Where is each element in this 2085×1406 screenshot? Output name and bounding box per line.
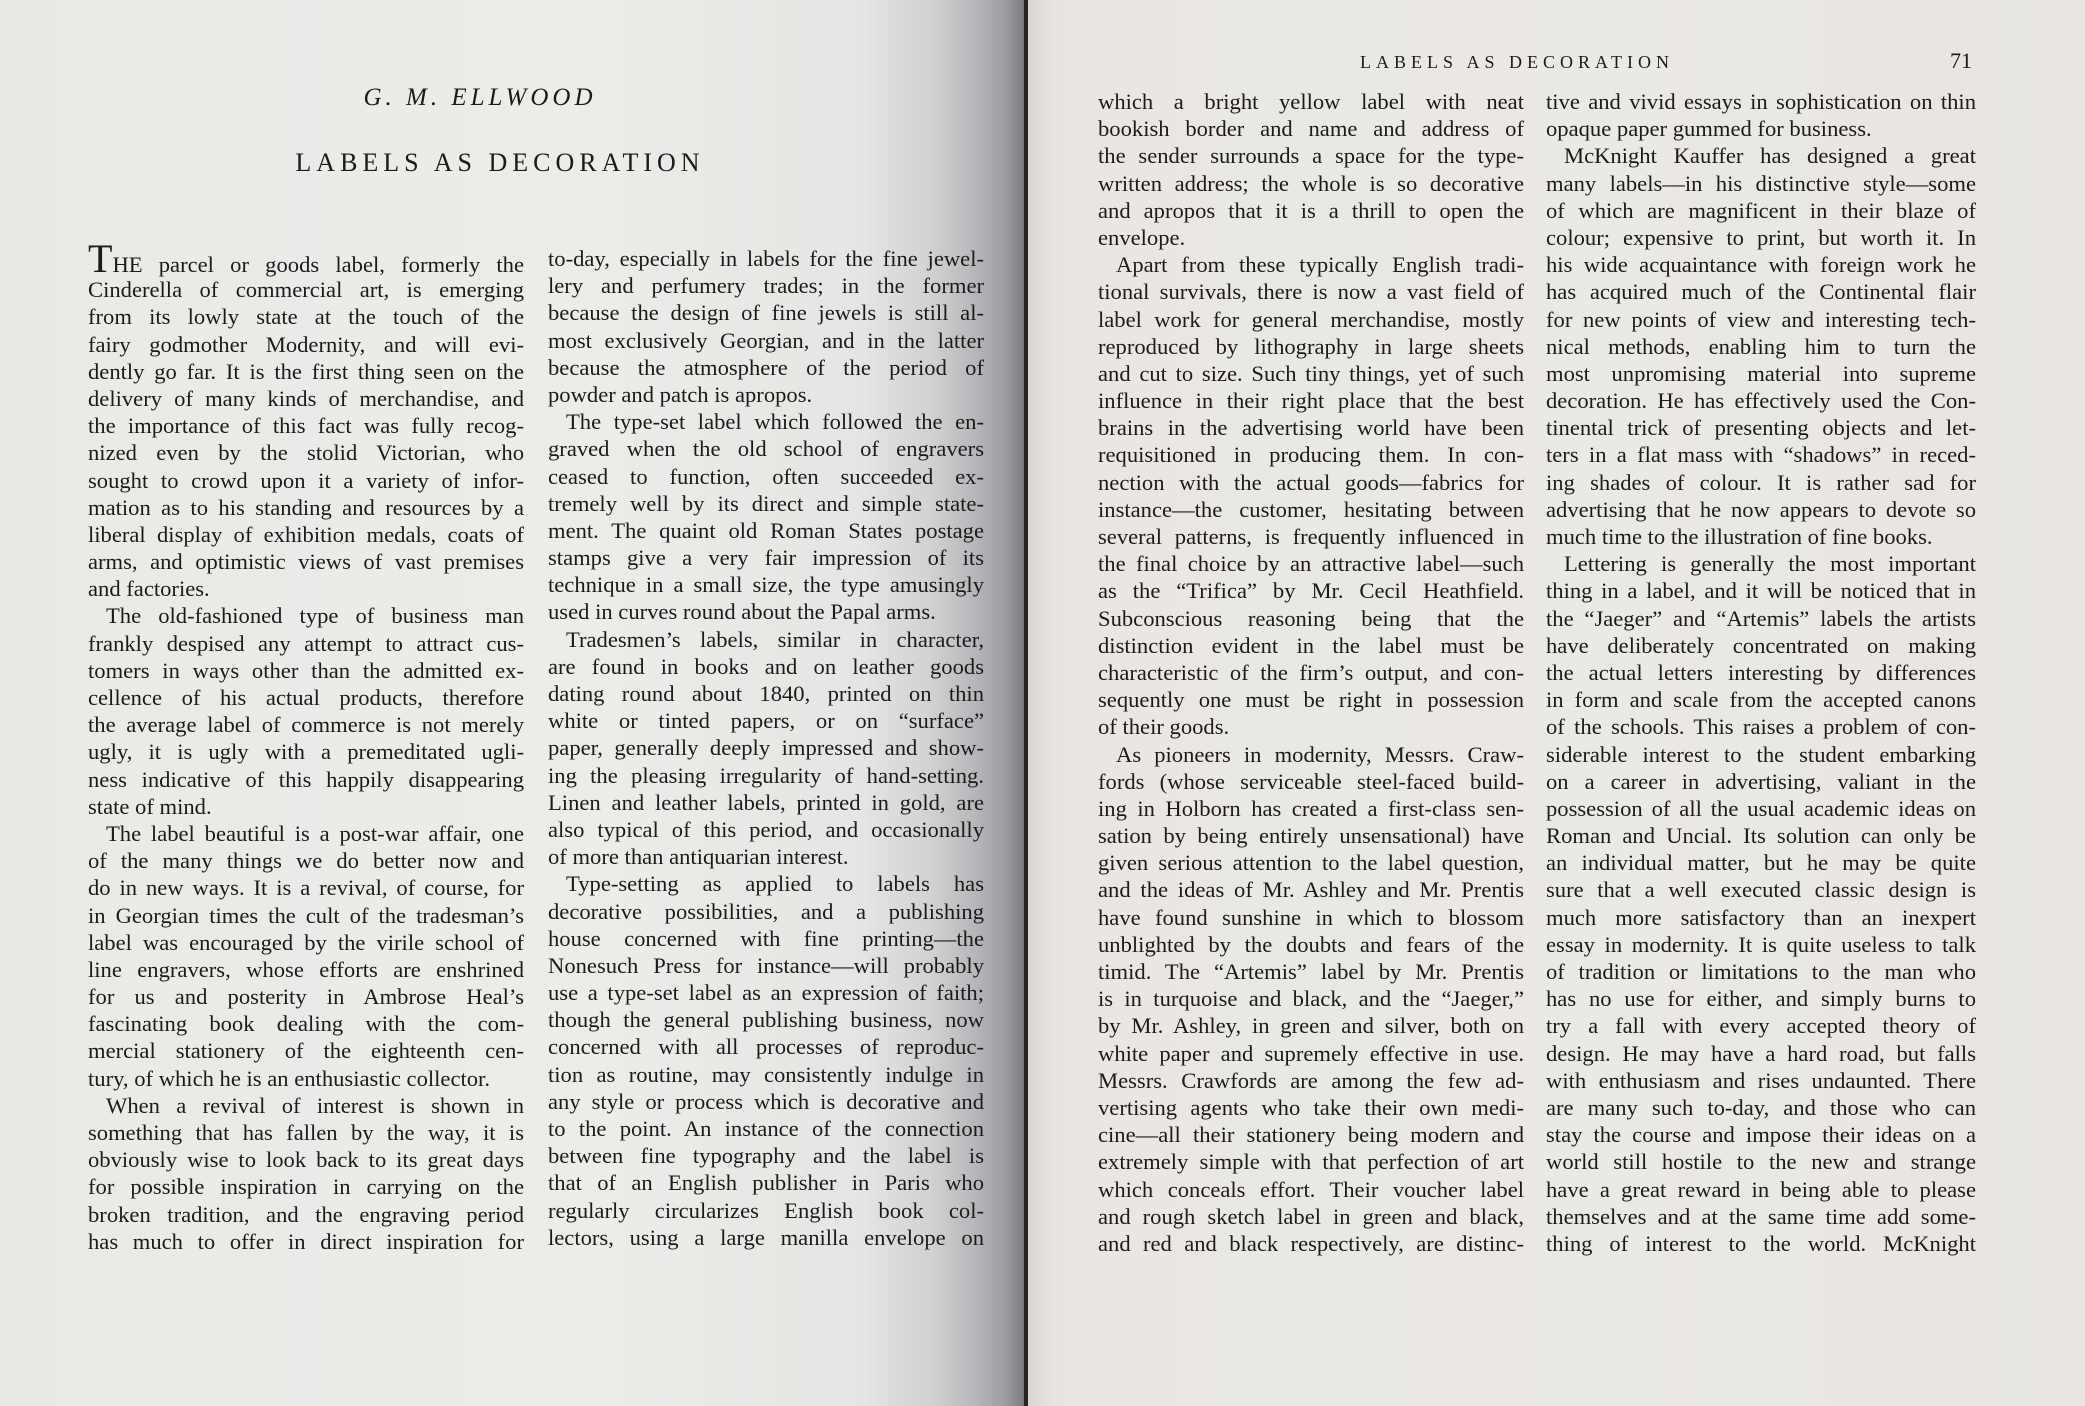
text-line: his wide acquaintance with foreign work … <box>1546 251 1976 278</box>
text-line: liberal display of exhibition medals, co… <box>88 521 524 548</box>
text-line: frankly despised any attempt to attract … <box>88 630 524 657</box>
text-line: the final choice by an attractive label—… <box>1098 550 1524 577</box>
text-line: white or tinted papers, or on “surface” <box>548 707 984 734</box>
text-line: As pioneers in modernity, Messrs. Craw- <box>1098 741 1524 768</box>
text-line: tomers in ways other than the admitted e… <box>88 657 524 684</box>
text-line: Nonesuch Press for instance—will probabl… <box>548 952 984 979</box>
text-line: essay in modernity. It is quite useless … <box>1546 931 1976 958</box>
text-line: Type-setting as applied to labels has <box>548 870 984 897</box>
text-line: Apart from these typically English tradi… <box>1098 251 1524 278</box>
text-line: though the general publishing business, … <box>548 1006 984 1033</box>
text-line: which conceals effort. Their voucher lab… <box>1098 1176 1524 1203</box>
text-line: sation by being entirely unsensational) … <box>1098 822 1524 849</box>
text-line: siderable interest to the student embark… <box>1546 741 1976 768</box>
text-line: house concerned with fine printing—the <box>548 925 984 952</box>
text-line: to the point. An instance of the connect… <box>548 1115 984 1142</box>
text-line: of tradition or limitations to the man w… <box>1546 958 1976 985</box>
text-line: the “Jaeger” and “Artemis” labels the ar… <box>1546 605 1976 632</box>
article-title: LABELS AS DECORATION <box>0 148 920 178</box>
text-line: also typical of this period, and occasio… <box>548 816 984 843</box>
text-line: Subconscious reasoning being that the <box>1098 605 1524 632</box>
author-name: G. M. ELLWOOD <box>0 84 920 112</box>
text-line: regularly circularizes English book col- <box>548 1197 984 1224</box>
text-line: in form and scale from the accepted cano… <box>1546 686 1976 713</box>
text-line: are many such to-day, and those who can <box>1546 1094 1976 1121</box>
text-line: and apropos that it is a thrill to open … <box>1098 197 1524 224</box>
text-line: distinction evident in the label must be <box>1098 632 1524 659</box>
text-line: tion as routine, may consistently indulg… <box>548 1061 984 1088</box>
text-line: written address; the whole is so decorat… <box>1098 170 1524 197</box>
text-line: label was encouraged by the virile schoo… <box>88 929 524 956</box>
text-line: Linen and leather labels, printed in gol… <box>548 789 984 816</box>
text-line: technique in a small size, the type amus… <box>548 571 984 598</box>
text-line: mation as to his standing and resources … <box>88 494 524 521</box>
text-line: the average label of commerce is not mer… <box>88 711 524 738</box>
text-line: ing in Holborn has created a first-class… <box>1098 795 1524 822</box>
text-line: THE parcel or goods label, formerly the <box>88 245 524 276</box>
running-head: LABELS AS DECORATION <box>1360 52 1674 73</box>
text-line: Cinderella of commercial art, is emergin… <box>88 276 524 303</box>
text-line: sought to crowd upon it a variety of inf… <box>88 467 524 494</box>
text-line: instance—the customer, hesitating betwee… <box>1098 496 1524 523</box>
text-line: an individual matter, but he may be quit… <box>1546 849 1976 876</box>
text-line: several patterns, is frequently influenc… <box>1098 523 1524 550</box>
text-line: much more satisfactory than an inexpert <box>1546 904 1976 931</box>
text-line: ment. The quaint old Roman States postag… <box>548 517 984 544</box>
text-line: possession of all the usual academic ide… <box>1546 795 1976 822</box>
text-line: and factories. <box>88 575 524 602</box>
text-line: which a bright yellow label with neat <box>1098 88 1524 115</box>
text-line: tinental trick of presenting objects and… <box>1546 414 1976 441</box>
text-line: tury, of which he is an enthusiastic col… <box>88 1065 524 1092</box>
text-line: the importance of this fact was fully re… <box>88 412 524 439</box>
text-line: because the atmosphere of the period of <box>548 354 984 381</box>
text-line: broken tradition, and the engraving peri… <box>88 1201 524 1228</box>
text-line: of the many things we do better now and <box>88 847 524 874</box>
text-line: of the schools. This raises a problem of… <box>1546 713 1976 740</box>
text-line: characteristic of the firm’s output, and… <box>1098 659 1524 686</box>
text-line: graved when the old school of engravers <box>548 435 984 462</box>
text-line: something that has fallen by the way, it… <box>88 1119 524 1146</box>
text-line: line engravers, whose efforts are enshri… <box>88 956 524 983</box>
text-line: reproduced by lithography in large sheet… <box>1098 333 1524 360</box>
text-line: and rough sketch label in green and blac… <box>1098 1203 1524 1230</box>
text-line: world still hostile to the new and stran… <box>1546 1148 1976 1175</box>
text-line: brains in the advertising world have bee… <box>1098 414 1524 441</box>
text-line: unblighted by the doubts and fears of th… <box>1098 931 1524 958</box>
text-line: lectors, using a large manilla envelope … <box>548 1224 984 1251</box>
text-line: have found sunshine in which to blossom <box>1098 904 1524 931</box>
right-page-column-2: tive and vivid essays in sophistication … <box>1546 88 1976 1257</box>
text-line: The label beautiful is a post-war affair… <box>88 820 524 847</box>
text-line: fords (whose serviceable steel-faced bui… <box>1098 768 1524 795</box>
text-line: the actual letters interesting by differ… <box>1546 659 1976 686</box>
text-line: tional survivals, there is now a vast fi… <box>1098 278 1524 305</box>
text-line: dating round about 1840, printed on thin <box>548 680 984 707</box>
text-line: is in turquoise and black, and the “Jaeg… <box>1098 985 1524 1012</box>
text-line: stay the course and impose their ideas o… <box>1546 1121 1976 1148</box>
text-line: from its lowly state at the touch of the <box>88 303 524 330</box>
left-page-column-1: THE parcel or goods label, formerly theC… <box>88 245 524 1255</box>
text-line: thing of interest to the world. McKnight <box>1546 1230 1976 1257</box>
text-line: obviously wise to look back to its great… <box>88 1146 524 1173</box>
drop-cap: T <box>88 236 112 281</box>
text-line: do in new ways. It is a revival, of cour… <box>88 874 524 901</box>
text-line: has acquired much of the Continental fla… <box>1546 278 1976 305</box>
text-line: ugly, it is ugly with a premeditated ugl… <box>88 738 524 765</box>
text-line: given serious attention to the label que… <box>1098 849 1524 876</box>
text-line: by Mr. Ashley, in green and silver, both… <box>1098 1012 1524 1039</box>
text-line: influence in their right place that the … <box>1098 387 1524 414</box>
book-spine <box>1024 0 1028 1406</box>
text-line: state of mind. <box>88 793 524 820</box>
text-line: colour; expensive to print, but worth it… <box>1546 224 1976 251</box>
text-line: paper, generally deeply impressed and sh… <box>548 734 984 761</box>
text-line: McKnight Kauffer has designed a great <box>1546 142 1976 169</box>
text-line: sequently one must be right in possessio… <box>1098 686 1524 713</box>
text-line: tremely well by its direct and simple st… <box>548 490 984 517</box>
text-line: has much to offer in direct inspiration … <box>88 1228 524 1255</box>
text-line: powder and patch is apropos. <box>548 381 984 408</box>
text-line: The type-set label which followed the en… <box>548 408 984 435</box>
text-line: When a revival of interest is shown in <box>88 1092 524 1119</box>
text-line: Roman and Uncial. Its solution can only … <box>1546 822 1976 849</box>
text-line: most exclusively Georgian, and in the la… <box>548 327 984 354</box>
text-line: are found in books and on leather goods <box>548 653 984 680</box>
book-spread: G. M. ELLWOOD LABELS AS DECORATION LABEL… <box>0 0 2085 1406</box>
text-line: try a fall with every accepted theory of <box>1546 1012 1976 1039</box>
text-line: stamps give a very fair impression of it… <box>548 544 984 571</box>
text-line: with enthusiasm and rises undaunted. The… <box>1546 1067 1976 1094</box>
text-line: to-day, especially in labels for the fin… <box>548 245 984 272</box>
line-text: HE parcel or goods label, formerly the <box>112 252 524 277</box>
text-line: The old-fashioned type of business man <box>88 602 524 629</box>
text-line: themselves and at the same time add some… <box>1546 1203 1976 1230</box>
text-line: lery and perfumery trades; in the former <box>548 272 984 299</box>
text-line: for new points of view and interesting t… <box>1546 306 1976 333</box>
text-line: any style or process which is decorative… <box>548 1088 984 1115</box>
text-line: have a great reward in being able to ple… <box>1546 1176 1976 1203</box>
text-line: ness indicative of this happily disappea… <box>88 766 524 793</box>
text-line: tive and vivid essays in sophistication … <box>1546 88 1976 115</box>
text-line: between fine typography and the label is <box>548 1142 984 1169</box>
text-line: has no use for either, and simply burns … <box>1546 985 1976 1012</box>
text-line: opaque paper gummed for business. <box>1546 115 1976 142</box>
text-line: Lettering is generally the most importan… <box>1546 550 1976 577</box>
text-line: nized even by the stolid Victorian, who <box>88 439 524 466</box>
text-line: many labels—in his distinctive style—som… <box>1546 170 1976 197</box>
text-line: label work for general merchandise, most… <box>1098 306 1524 333</box>
text-line: ing shades of colour. It is rather sad f… <box>1546 469 1976 496</box>
text-line: and the ideas of Mr. Ashley and Mr. Pren… <box>1098 876 1524 903</box>
text-line: the sender surrounds a space for the typ… <box>1098 142 1524 169</box>
text-line: for possible inspiration in carrying on … <box>88 1173 524 1200</box>
text-line: and red and black respectively, are dist… <box>1098 1230 1524 1257</box>
text-line: and cut to size. Such tiny things, yet o… <box>1098 360 1524 387</box>
text-line: vertising agents who take their own medi… <box>1098 1094 1524 1121</box>
text-line: bookish border and name and address of <box>1098 115 1524 142</box>
text-line: mercial stationery of the eighteenth cen… <box>88 1037 524 1064</box>
text-line: because the design of fine jewels is sti… <box>548 299 984 326</box>
text-line: of their goods. <box>1098 713 1524 740</box>
text-line: cine—all their stationery being modern a… <box>1098 1121 1524 1148</box>
text-line: nection with the actual goods—fabrics fo… <box>1098 469 1524 496</box>
text-line: sure that a well executed classic design… <box>1546 876 1976 903</box>
text-line: Tradesmen’s labels, similar in character… <box>548 626 984 653</box>
text-line: design. He may have a hard road, but fal… <box>1546 1040 1976 1067</box>
text-line: most unpromising material into supreme <box>1546 360 1976 387</box>
text-line: ters in a flat mass with “shadows” in re… <box>1546 441 1976 468</box>
text-line: ing the pleasing irregularity of hand-se… <box>548 762 984 789</box>
text-line: arms, and optimistic views of vast premi… <box>88 548 524 575</box>
text-line: thing in a label, and it will be noticed… <box>1546 577 1976 604</box>
text-line: on a career in advertising, valiant in t… <box>1546 768 1976 795</box>
right-page-column-1: which a bright yellow label with neatboo… <box>1098 88 1524 1257</box>
text-line: dently go far. It is the first thing see… <box>88 358 524 385</box>
text-line: as the “Trifica” by Mr. Cecil Heathfield… <box>1098 577 1524 604</box>
text-line: decorative possibilities, and a publishi… <box>548 898 984 925</box>
text-line: delivery of many kinds of merchandise, a… <box>88 385 524 412</box>
text-line: advertising that he now appears to devot… <box>1546 496 1976 523</box>
text-line: fairy godmother Modernity, and will evi- <box>88 331 524 358</box>
text-line: requisitioned in producing them. In con- <box>1098 441 1524 468</box>
text-line: use a type-set label as an expression of… <box>548 979 984 1006</box>
text-line: have deliberately concentrated on making <box>1546 632 1976 659</box>
text-line: white paper and supremely effective in u… <box>1098 1040 1524 1067</box>
text-line: in Georgian times the cult of the trades… <box>88 902 524 929</box>
text-line: for us and posterity in Ambrose Heal’s <box>88 983 524 1010</box>
text-line: envelope. <box>1098 224 1524 251</box>
left-page-column-2: to-day, especially in labels for the fin… <box>548 245 984 1251</box>
text-line: much time to the illustration of fine bo… <box>1546 523 1976 550</box>
text-line: ceased to function, often succeeded ex- <box>548 463 984 490</box>
text-line: fascinating book dealing with the com- <box>88 1010 524 1037</box>
text-line: Messrs. Crawfords are among the few ad- <box>1098 1067 1524 1094</box>
text-line: used in curves round about the Papal arm… <box>548 598 984 625</box>
text-line: of which are magnificent in their blaze … <box>1546 197 1976 224</box>
text-line: nical methods, enabling him to turn the <box>1546 333 1976 360</box>
text-line: concerned with all processes of reproduc… <box>548 1033 984 1060</box>
text-line: that of an English publisher in Paris wh… <box>548 1169 984 1196</box>
text-line: timid. The “Artemis” label by Mr. Prenti… <box>1098 958 1524 985</box>
text-line: of more than antiquarian interest. <box>548 843 984 870</box>
text-line: extremely simple with that perfection of… <box>1098 1148 1524 1175</box>
text-line: cellence of his actual products, therefo… <box>88 684 524 711</box>
text-line: decoration. He has effectively used the … <box>1546 387 1976 414</box>
page-number: 71 <box>1950 48 1972 74</box>
